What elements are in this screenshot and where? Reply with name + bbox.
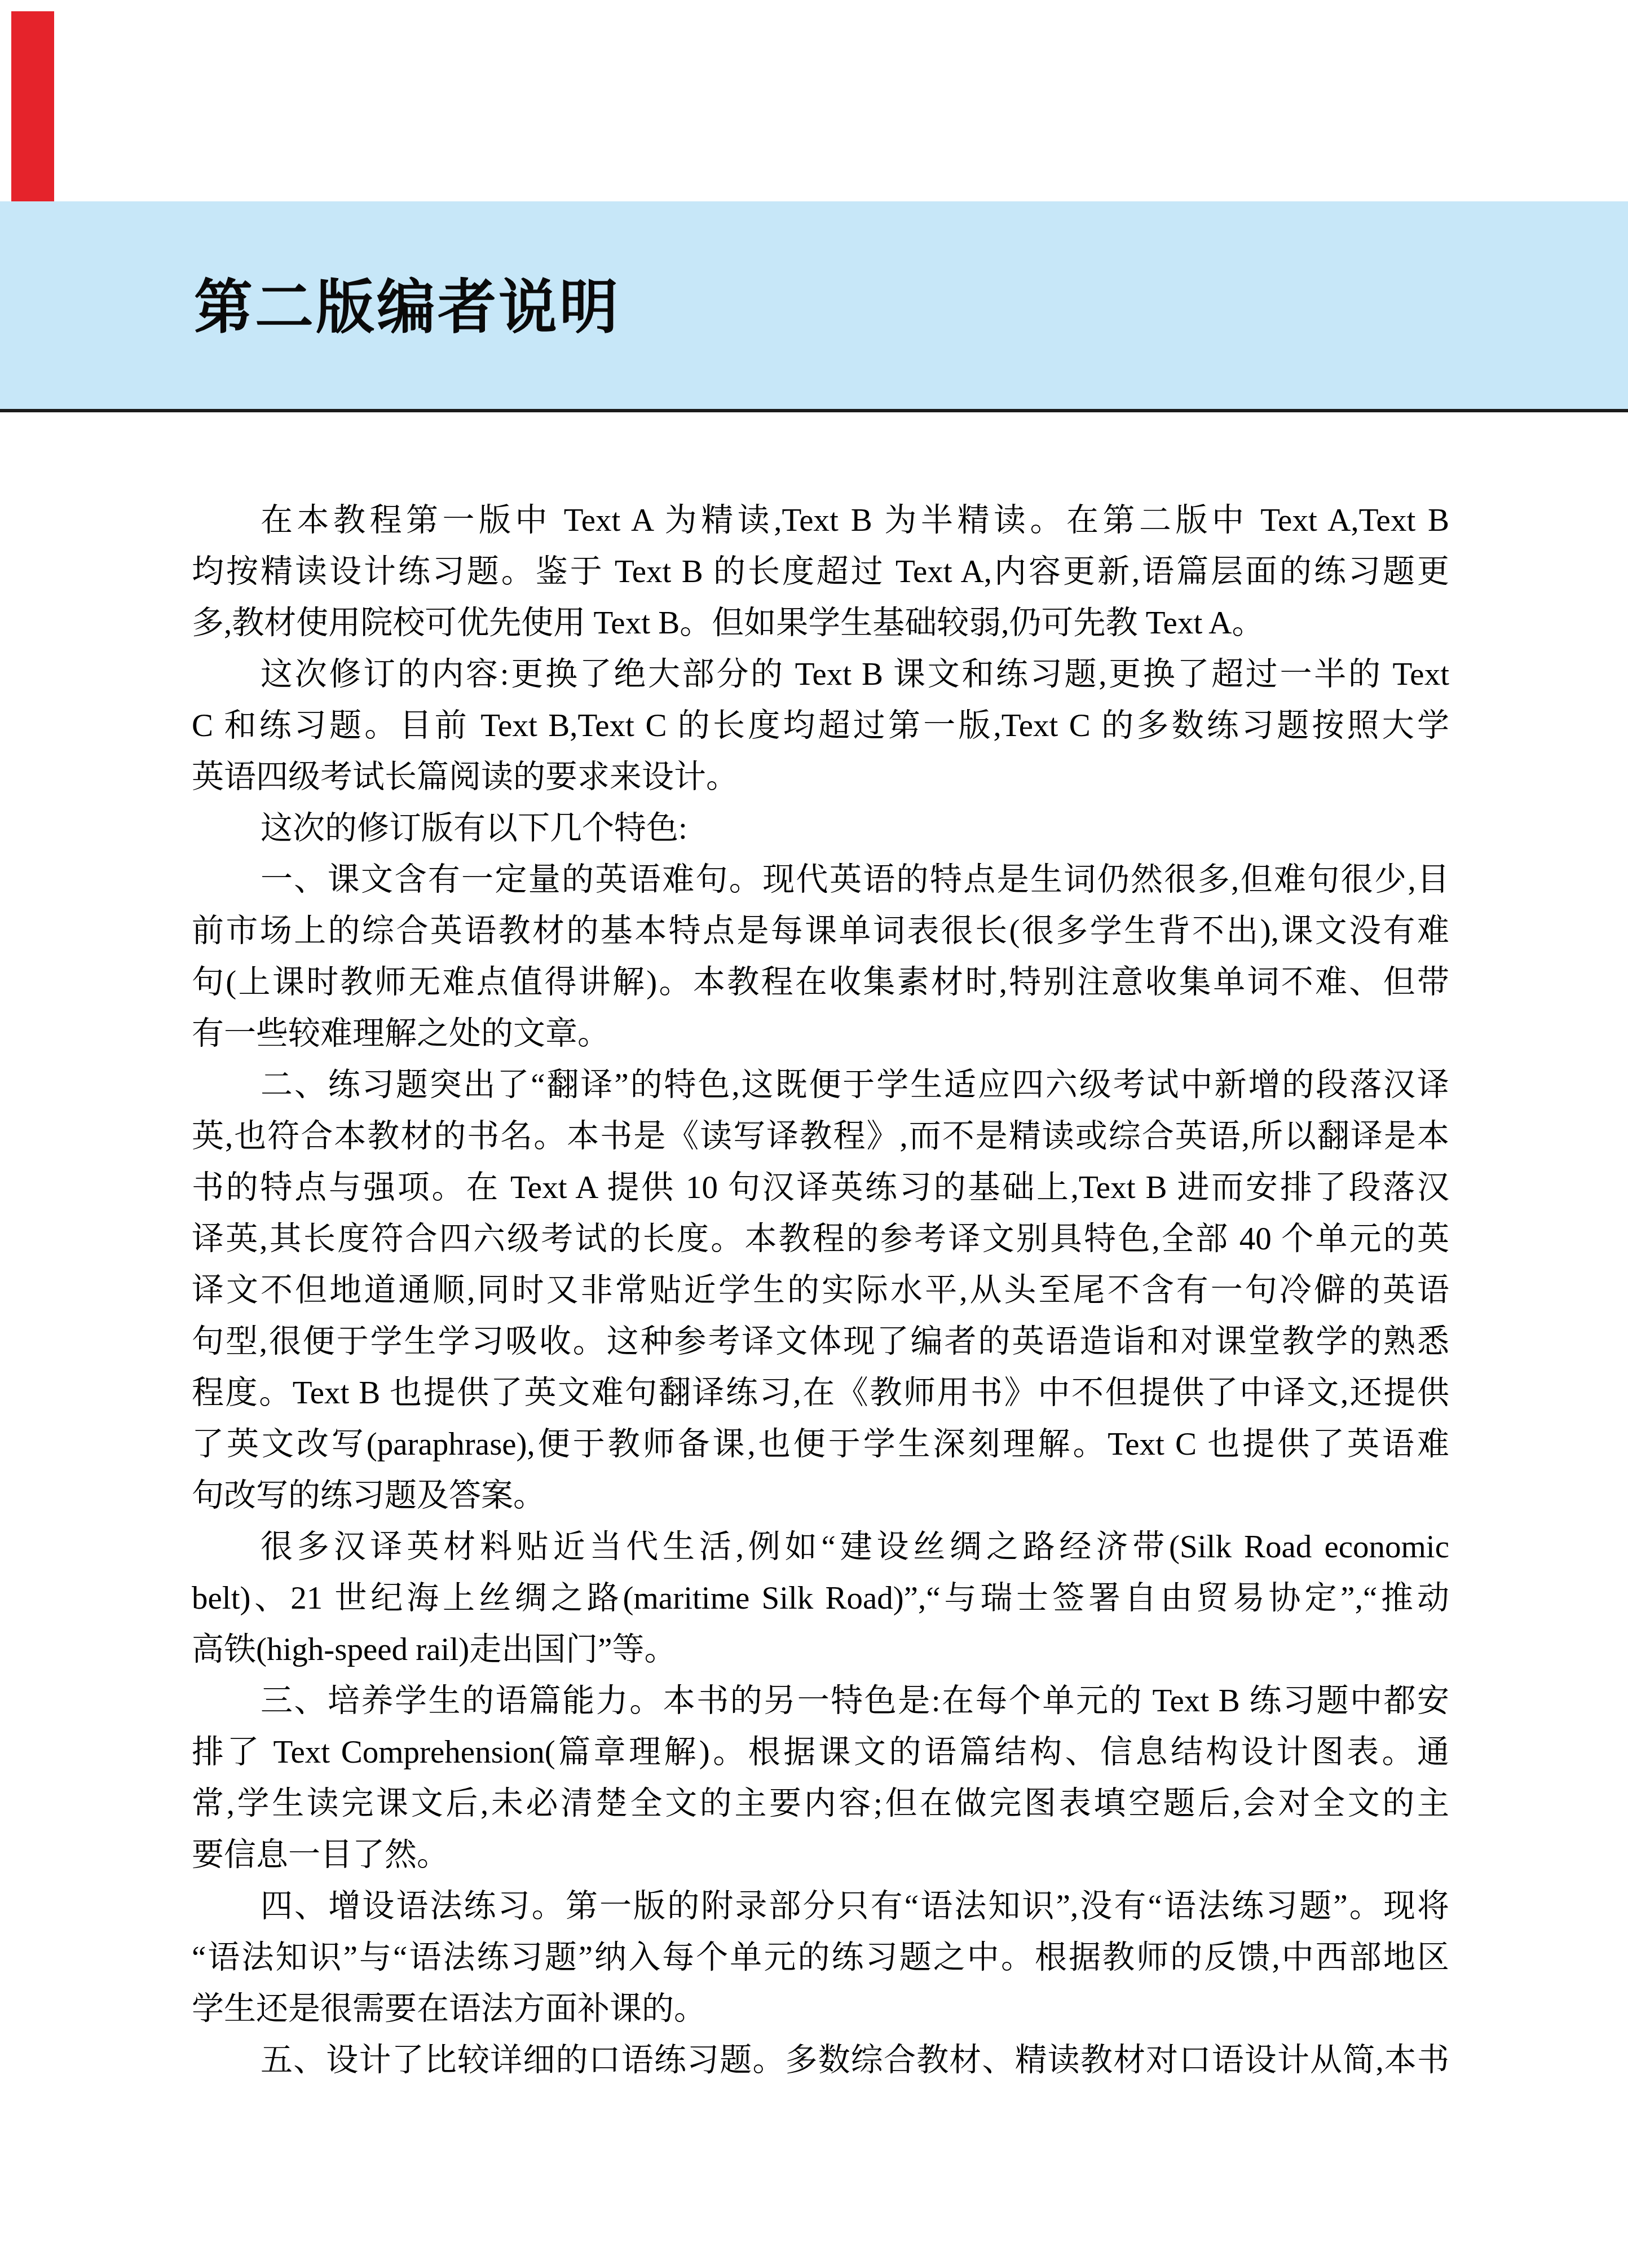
text-line: 在本教程第一版中 Text A 为精读,Text B 为半精读。在第二版中 Te… [192, 495, 1449, 546]
text-line: “语法知识”与“语法练习题”纳入每个单元的练习题之中。根据教师的反馈,中西部地区 [192, 1932, 1449, 1983]
text-line: 英,也符合本教材的书名。本书是《读写译教程》,而不是精读或综合英语,所以翻译是本 [192, 1111, 1449, 1162]
text-line: 句(上课时教师无难点值得讲解)。本教程在收集素材时,特别注意收集单词不难、但带 [192, 957, 1449, 1008]
text-line: belt)、21 世纪海上丝绸之路(maritime Silk Road)”,“… [192, 1573, 1449, 1624]
book-page: 第二版编者说明 在本教程第一版中 Text A 为精读,Text B 为半精读。… [0, 0, 1628, 2268]
text-line: 要信息一目了然。 [192, 1829, 1449, 1881]
text-line: 五、设计了比较详细的口语练习题。多数综合教材、精读教材对口语设计从简,本书 [192, 2034, 1449, 2086]
text-line: 书的特点与强项。在 Text A 提供 10 句汉译英练习的基础上,Text B… [192, 1162, 1449, 1213]
text-line: 四、增设语法练习。第一版的附录部分只有“语法知识”,没有“语法练习题”。现将 [192, 1881, 1449, 1932]
text-line: 句改写的练习题及答案。 [192, 1470, 1449, 1521]
chapter-header-band: 第二版编者说明 [0, 201, 1628, 409]
text-line: 译英,其长度符合四六级考试的长度。本教程的参考译文别具特色,全部 40 个单元的… [192, 1213, 1449, 1265]
page-title: 第二版编者说明 [194, 260, 620, 345]
text-line: 很多汉译英材料贴近当代生活,例如“建设丝绸之路经济带(Silk Road eco… [192, 1521, 1449, 1573]
text-line: 句型,很便于学生学习吸收。这种参考译文体现了编者的英语造诣和对课堂教学的熟悉 [192, 1316, 1449, 1367]
text-line: 学生还是很需要在语法方面补课的。 [192, 1983, 1449, 2034]
text-line: 有一些较难理解之处的文章。 [192, 1008, 1449, 1059]
text-line: 均按精读设计练习题。鉴于 Text B 的长度超过 Text A,内容更新,语篇… [192, 546, 1449, 597]
text-line: 排了 Text Comprehension(篇章理解)。根据课文的语篇结构、信息… [192, 1727, 1449, 1778]
text-line: 这次修订的内容:更换了绝大部分的 Text B 课文和练习题,更换了超过一半的 … [192, 649, 1449, 700]
text-line: 这次的修订版有以下几个特色: [192, 803, 1449, 854]
text-line: 前市场上的综合英语教材的基本特点是每课单词表很长(很多学生背不出),课文没有难 [192, 905, 1449, 957]
text-line: 二、练习题突出了“翻译”的特色,这既便于学生适应四六级考试中新增的段落汉译 [192, 1059, 1449, 1111]
body-text: 在本教程第一版中 Text A 为精读,Text B 为半精读。在第二版中 Te… [192, 495, 1449, 2086]
text-line: C 和练习题。目前 Text B,Text C 的长度均超过第一版,Text C… [192, 700, 1449, 751]
text-line: 高铁(high-speed rail)走出国门”等。 [192, 1624, 1449, 1675]
text-line: 译文不但地道通顺,同时又非常贴近学生的实际水平,从头至尾不含有一句冷僻的英语 [192, 1265, 1449, 1316]
text-line: 多,教材使用院校可优先使用 Text B。但如果学生基础较弱,仍可先教 Text… [192, 597, 1449, 649]
text-line: 常,学生读完课文后,未必清楚全文的主要内容;但在做完图表填空题后,会对全文的主 [192, 1778, 1449, 1829]
text-line: 英语四级考试长篇阅读的要求来设计。 [192, 751, 1449, 803]
text-line: 三、培养学生的语篇能力。本书的另一特色是:在每个单元的 Text B 练习题中都… [192, 1675, 1449, 1727]
header-divider-line [0, 409, 1628, 412]
text-line: 程度。Text B 也提供了英文难句翻译练习,在《教师用书》中不但提供了中译文,… [192, 1367, 1449, 1419]
text-line: 一、课文含有一定量的英语难句。现代英语的特点是生词仍然很多,但难句很少,目 [192, 854, 1449, 905]
text-line: 了英文改写(paraphrase),便于教师备课,也便于学生深刻理解。Text … [192, 1419, 1449, 1470]
